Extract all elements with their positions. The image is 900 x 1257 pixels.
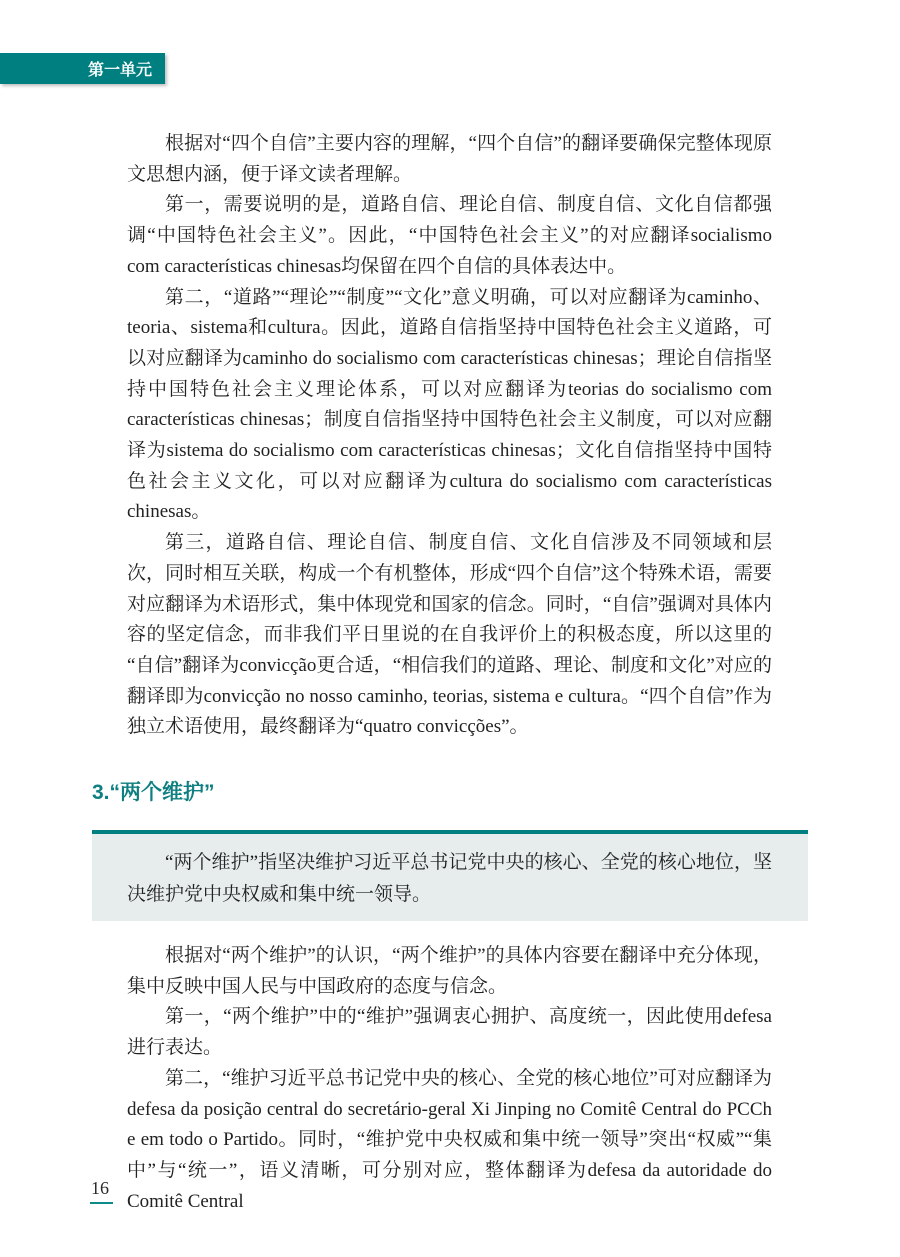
paragraph-two-upholds-intro: 根据对“两个维护”的认识，“两个维护”的具体内容要在翻译中充分体现，集中反映中国… [127,941,772,1002]
paragraph-two-upholds-second: 第二，“维护习近平总书记党中央的核心、全党的核心地位”可对应翻译为defesa … [127,1064,772,1218]
definition-highlight-box-text: “两个维护”指坚决维护习近平总书记党中央的核心、全党的核心地位，坚决维护党中央权… [127,847,772,911]
section-heading-two-upholds: 3.“两个维护” [92,779,772,807]
paragraph-two-upholds-first: 第一，“两个维护”中的“维护”强调衷心拥护、高度统一，因此使用defesa进行表… [127,1002,772,1063]
book-page: 第一单元 根据对“四个自信”主要内容的理解，“四个自信”的翻译要确保完整体现原文… [0,0,900,1257]
page-content: 根据对“四个自信”主要内容的理解，“四个自信”的翻译要确保完整体现原文思想内涵，… [127,129,772,1217]
paragraph-four-confidences-intro: 根据对“四个自信”主要内容的理解，“四个自信”的翻译要确保完整体现原文思想内涵，… [127,129,772,190]
paragraph-four-confidences-third: 第三，道路自信、理论自信、制度自信、文化自信涉及不同领域和层次，同时相互关联，构… [127,528,772,743]
page-number: 16 [90,1178,113,1204]
paragraph-four-confidences-second: 第二，“道路”“理论”“制度”“文化”意义明确，可以对应翻译为caminho、t… [127,283,772,529]
paragraph-four-confidences-first: 第一，需要说明的是，道路自信、理论自信、制度自信、文化自信都强调“中国特色社会主… [127,190,772,282]
definition-highlight-box: “两个维护”指坚决维护习近平总书记党中央的核心、全党的核心地位，坚决维护党中央权… [92,830,808,921]
unit-tab-label: 第一单元 [88,57,152,80]
unit-header-tab: 第一单元 [0,53,165,84]
